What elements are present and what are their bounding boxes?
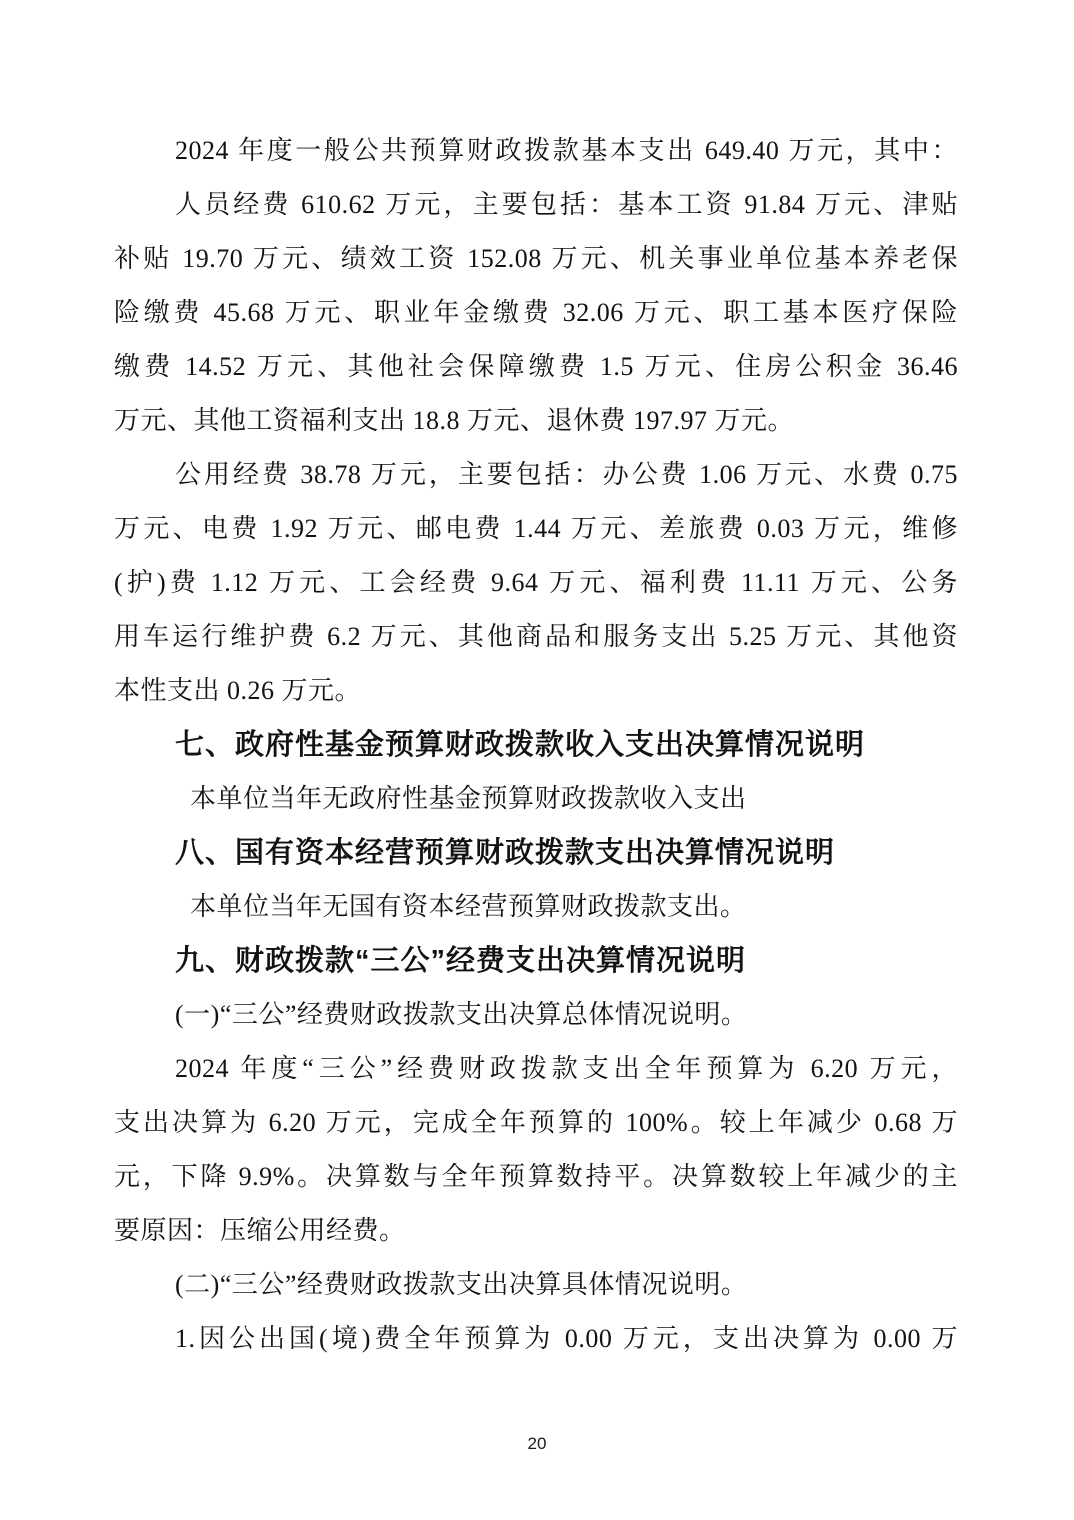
page-number: 20 xyxy=(0,1434,1074,1454)
document-line: 2024 年度一般公共预算财政拨款基本支出 649.40 万元，其中： xyxy=(114,124,958,178)
document-line: (一)“三公”经费财政拨款支出决算总体情况说明。 xyxy=(114,988,958,1042)
document-line: 缴费 14.52 万元、其他社会保障缴费 1.5 万元、住房公积金 36.46 xyxy=(114,340,958,394)
document-page: 2024 年度一般公共预算财政拨款基本支出 649.40 万元，其中： 人员经费… xyxy=(0,0,1074,1520)
document-line: 1.因公出国(境)费全年预算为 0.00 万元，支出决算为 0.00 万 xyxy=(114,1312,958,1366)
document-line: 元，下降 9.9%。决算数与全年预算数持平。决算数较上年减少的主 xyxy=(114,1150,958,1204)
document-line: (二)“三公”经费财政拨款支出决算具体情况说明。 xyxy=(114,1258,958,1312)
document-body: 2024 年度一般公共预算财政拨款基本支出 649.40 万元，其中： 人员经费… xyxy=(114,124,958,1366)
section-heading-7: 七、政府性基金预算财政拨款收入支出决算情况说明 xyxy=(114,718,958,772)
document-line: 补贴 19.70 万元、绩效工资 152.08 万元、机关事业单位基本养老保 xyxy=(114,232,958,286)
document-line: 支出决算为 6.20 万元，完成全年预算的 100%。较上年减少 0.68 万 xyxy=(114,1096,958,1150)
document-line: 公用经费 38.78 万元，主要包括：办公费 1.06 万元、水费 0.75 xyxy=(114,448,958,502)
document-line: 本单位当年无国有资本经营预算财政拨款支出。 xyxy=(114,880,958,934)
document-line: 险缴费 45.68 万元、职业年金缴费 32.06 万元、职工基本医疗保险 xyxy=(114,286,958,340)
document-line: (护)费 1.12 万元、工会经费 9.64 万元、福利费 11.11 万元、公… xyxy=(114,556,958,610)
document-line: 本性支出 0.26 万元。 xyxy=(114,664,958,718)
document-line: 要原因：压缩公用经费。 xyxy=(114,1204,958,1258)
document-line: 本单位当年无政府性基金预算财政拨款收入支出 xyxy=(114,772,958,826)
document-line: 2024 年度“三公”经费财政拨款支出全年预算为 6.20 万元， xyxy=(114,1042,958,1096)
document-line: 用车运行维护费 6.2 万元、其他商品和服务支出 5.25 万元、其他资 xyxy=(114,610,958,664)
document-line: 人员经费 610.62 万元，主要包括：基本工资 91.84 万元、津贴 xyxy=(114,178,958,232)
section-heading-9: 九、财政拨款“三公”经费支出决算情况说明 xyxy=(114,934,958,988)
document-line: 万元、电费 1.92 万元、邮电费 1.44 万元、差旅费 0.03 万元，维修 xyxy=(114,502,958,556)
document-line: 万元、其他工资福利支出 18.8 万元、退休费 197.97 万元。 xyxy=(114,394,958,448)
section-heading-8: 八、国有资本经营预算财政拨款支出决算情况说明 xyxy=(114,826,958,880)
